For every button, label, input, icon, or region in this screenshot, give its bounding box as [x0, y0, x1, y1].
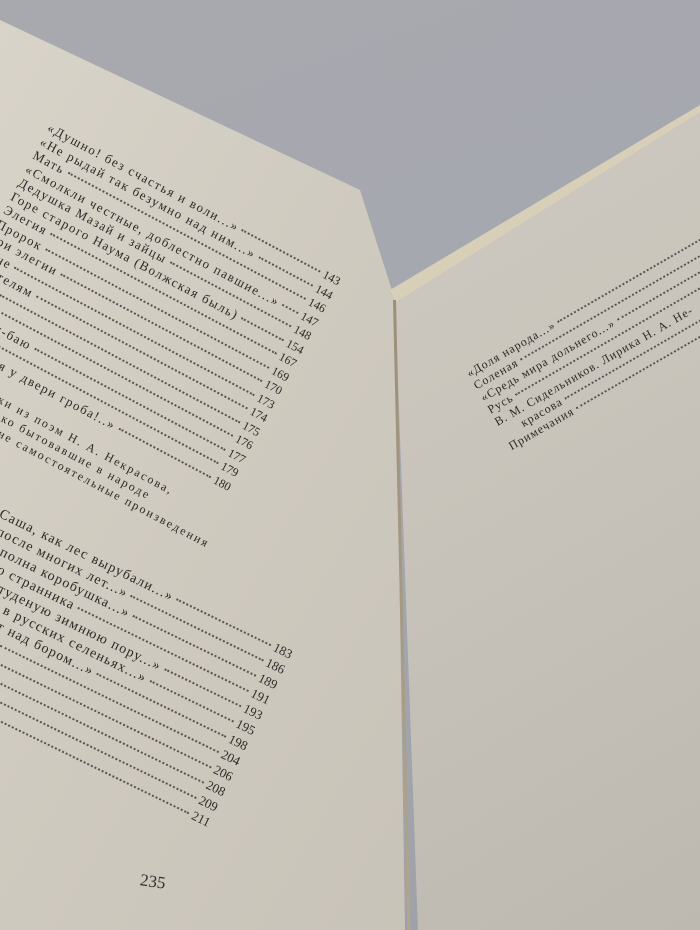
dot-leader [282, 304, 299, 314]
page-number: 235 [139, 870, 167, 893]
